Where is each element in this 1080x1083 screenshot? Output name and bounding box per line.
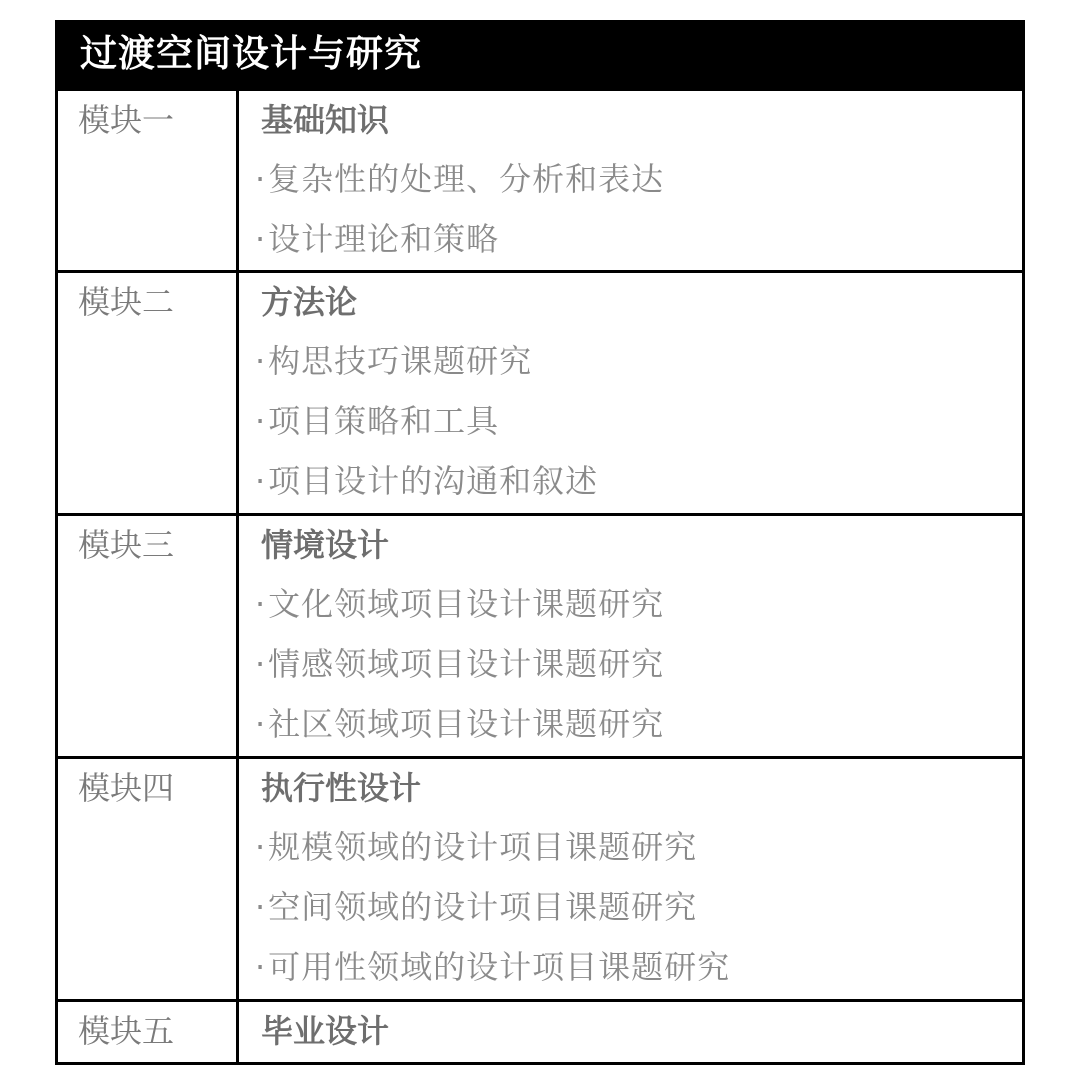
bullet-icon: · <box>255 451 266 511</box>
list-item-text: 复杂性的处理、分析和表达 <box>268 160 664 198</box>
list-item: ·规模领域的设计项目课题研究 <box>255 817 1022 877</box>
list-item: ·复杂性的处理、分析和表达 <box>255 149 1022 209</box>
module-row-1: 模块一 基础知识 ·复杂性的处理、分析和表达 ·设计理论和策略 <box>58 88 1022 270</box>
module-label: 模块三 <box>58 516 239 756</box>
list-item: ·设计理论和策略 <box>255 209 1022 269</box>
table-title: 过渡空间设计与研究 <box>58 20 1022 88</box>
bullet-icon: · <box>255 817 266 877</box>
module-heading: 执行性设计 <box>261 765 1022 817</box>
module-label: 模块二 <box>58 273 239 513</box>
list-item: ·构思技巧课题研究 <box>255 331 1022 391</box>
bullet-icon: · <box>255 634 266 694</box>
list-item: ·社区领域项目设计课题研究 <box>255 694 1022 754</box>
module-row-4: 模块四 执行性设计 ·规模领域的设计项目课题研究 ·空间领域的设计项目课题研究 … <box>58 756 1022 999</box>
module-content: 毕业设计 <box>239 1002 1022 1062</box>
list-item-text: 可用性领域的设计项目课题研究 <box>268 948 730 986</box>
module-row-3: 模块三 情境设计 ·文化领域项目设计课题研究 ·情感领域项目设计课题研究 ·社区… <box>58 513 1022 756</box>
list-item-text: 规模领域的设计项目课题研究 <box>268 828 697 866</box>
module-label: 模块五 <box>58 1002 239 1062</box>
curriculum-table: 过渡空间设计与研究 模块一 基础知识 ·复杂性的处理、分析和表达 ·设计理论和策… <box>55 20 1025 1065</box>
list-item-text: 项目设计的沟通和叙述 <box>268 462 598 500</box>
module-heading: 情境设计 <box>261 522 1022 574</box>
module-label: 模块一 <box>58 91 239 270</box>
list-item-text: 设计理论和策略 <box>268 220 499 258</box>
bullet-icon: · <box>255 209 266 269</box>
list-item: ·项目设计的沟通和叙述 <box>255 451 1022 511</box>
module-row-2: 模块二 方法论 ·构思技巧课题研究 ·项目策略和工具 ·项目设计的沟通和叙述 <box>58 270 1022 513</box>
bullet-icon: · <box>255 574 266 634</box>
list-item: ·空间领域的设计项目课题研究 <box>255 877 1022 937</box>
list-item-text: 项目策略和工具 <box>268 402 499 440</box>
bullet-icon: · <box>255 149 266 209</box>
module-content: 方法论 ·构思技巧课题研究 ·项目策略和工具 ·项目设计的沟通和叙述 <box>239 273 1022 513</box>
list-item: ·项目策略和工具 <box>255 391 1022 451</box>
bullet-icon: · <box>255 331 266 391</box>
list-item-text: 构思技巧课题研究 <box>268 342 532 380</box>
bullet-icon: · <box>255 937 266 997</box>
module-content: 基础知识 ·复杂性的处理、分析和表达 ·设计理论和策略 <box>239 91 1022 270</box>
module-heading: 基础知识 <box>261 97 1022 149</box>
bullet-icon: · <box>255 391 266 451</box>
bullet-icon: · <box>255 694 266 754</box>
module-content: 情境设计 ·文化领域项目设计课题研究 ·情感领域项目设计课题研究 ·社区领域项目… <box>239 516 1022 756</box>
module-heading: 方法论 <box>261 279 1022 331</box>
list-item: ·文化领域项目设计课题研究 <box>255 574 1022 634</box>
list-item-text: 文化领域项目设计课题研究 <box>268 585 664 623</box>
bullet-icon: · <box>255 877 266 937</box>
module-content: 执行性设计 ·规模领域的设计项目课题研究 ·空间领域的设计项目课题研究 ·可用性… <box>239 759 1022 999</box>
list-item: ·可用性领域的设计项目课题研究 <box>255 937 1022 997</box>
module-label: 模块四 <box>58 759 239 999</box>
list-item-text: 情感领域项目设计课题研究 <box>268 645 664 683</box>
list-item-text: 社区领域项目设计课题研究 <box>268 705 664 743</box>
list-item-text: 空间领域的设计项目课题研究 <box>268 888 697 926</box>
module-heading: 毕业设计 <box>261 1008 1022 1060</box>
module-row-5: 模块五 毕业设计 <box>58 999 1022 1062</box>
list-item: ·情感领域项目设计课题研究 <box>255 634 1022 694</box>
